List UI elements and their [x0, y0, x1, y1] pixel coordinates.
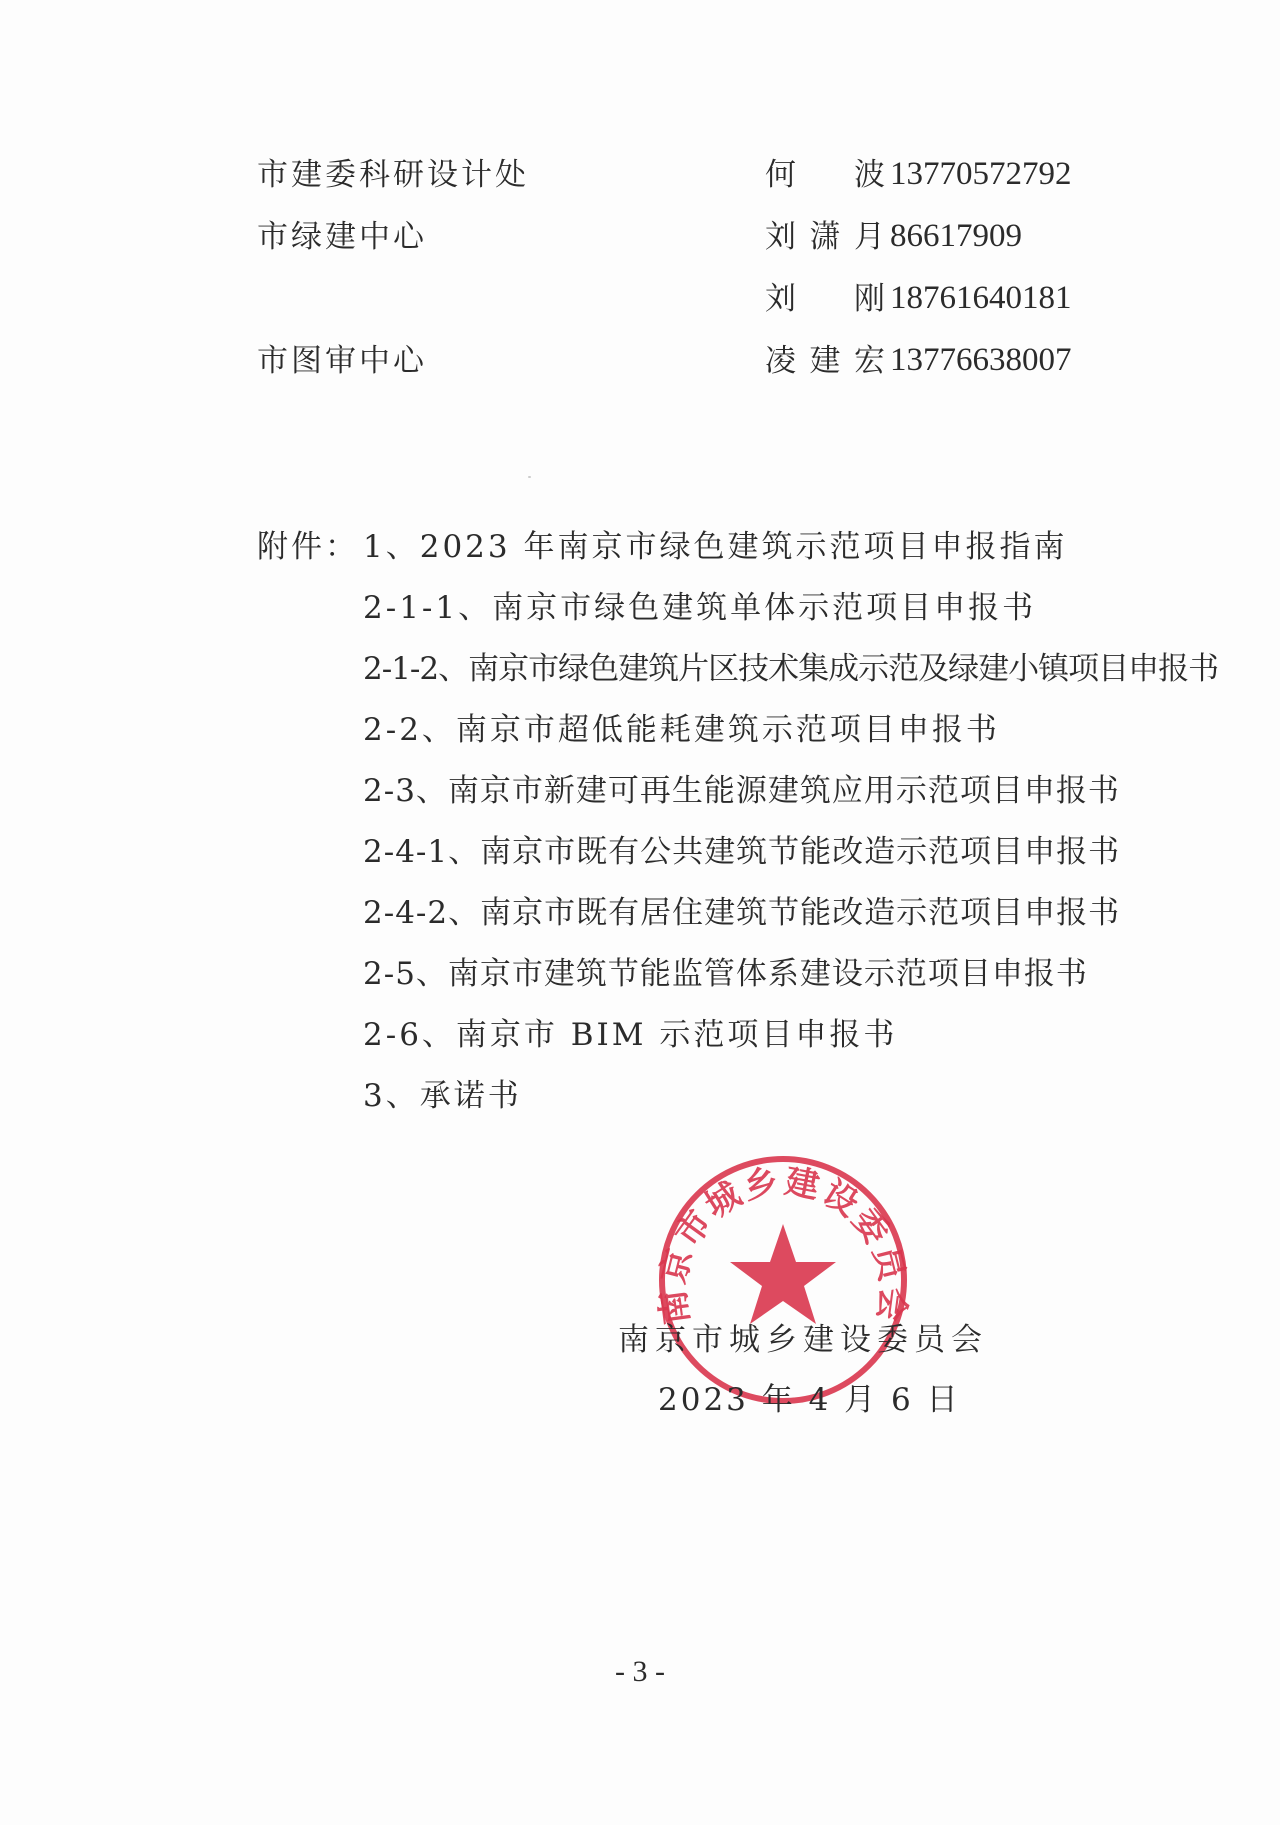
contact-name: 凌 建 宏: [765, 341, 885, 381]
attachment-item: 2-1-2、南京市绿色建筑片区技术集成示范及绿建小镇项目申报书: [363, 649, 1218, 689]
attachment-item: 2-5、南京市建筑节能监管体系建设示范项目申报书: [363, 954, 1088, 994]
page-number: - 3 -: [0, 1655, 1280, 1689]
attachment-item: 2-3、南京市新建可再生能源建筑应用示范项目申报书: [363, 771, 1120, 811]
contact-name: 何 波: [765, 155, 885, 195]
contact-phone: 18761640181: [890, 278, 1072, 318]
attachments-label: 附件：: [257, 527, 359, 567]
attachment-item: 2-2、南京市超低能耗建筑示范项目申报书: [363, 710, 1000, 750]
contact-name: 刘 刚: [765, 279, 885, 319]
contact-name-char: 刘: [765, 279, 796, 319]
contact-name-char: 波: [854, 155, 885, 195]
attachment-item: 2-4-1、南京市既有公共建筑节能改造示范项目申报书: [363, 832, 1120, 872]
attachment-item: 2-6、南京市 BIM 示范项目申报书: [363, 1015, 897, 1055]
contact-name-char: 凌: [765, 341, 796, 381]
contact-name-char: 何: [765, 155, 796, 195]
contact-name-char: 建: [810, 341, 841, 381]
attachment-item: 1、2023 年南京市绿色建筑示范项目申报指南: [363, 527, 1067, 567]
contact-org: 市图审中心: [257, 341, 427, 381]
contact-name-char: 潇: [810, 217, 841, 257]
contact-phone: 13776638007: [890, 340, 1072, 380]
attachment-item: 3、承诺书: [363, 1076, 522, 1116]
contact-phone: 13770572792: [890, 154, 1072, 194]
scan-speck: [528, 476, 531, 478]
contact-phone: 86617909: [890, 216, 1022, 256]
contact-name-char: 刘: [765, 217, 796, 257]
contact-name-char: 宏: [854, 341, 885, 381]
contact-name: 刘 潇 月: [765, 217, 885, 257]
attachment-item: 2-1-1、南京市绿色建筑单体示范项目申报书: [363, 588, 1036, 628]
official-seal-icon: 南京市城乡建设委员会: [655, 1152, 911, 1408]
contact-name-char: 月: [854, 217, 885, 257]
signature-org: 南京市城乡建设委员会: [618, 1320, 988, 1360]
attachment-item: 2-4-2、南京市既有居住建筑节能改造示范项目申报书: [363, 893, 1120, 933]
contact-name-char: 刚: [854, 279, 885, 319]
contact-org: 市建委科研设计处: [257, 155, 529, 195]
document-page: 市建委科研设计处 何 波 13770572792 市绿建中心 刘 潇 月 866…: [0, 0, 1280, 1825]
contact-org: 市绿建中心: [257, 217, 427, 257]
signature-date: 2023 年 4 月 6 日: [658, 1380, 961, 1420]
